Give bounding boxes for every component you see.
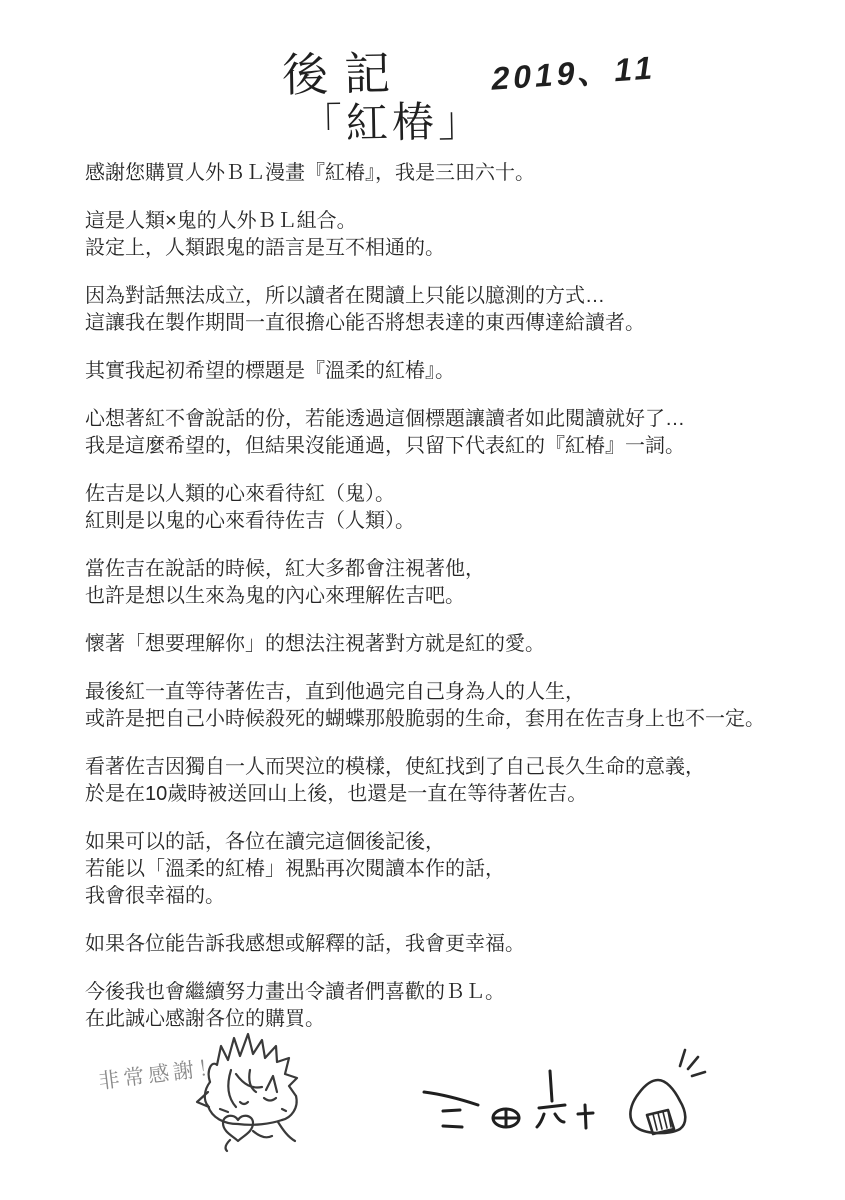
afterword-line: 設定上，人類跟鬼的語言是互不相通的。 (85, 235, 795, 262)
afterword-line: 我會很幸福的。 (85, 883, 795, 910)
afterword-line: 於是在10歲時被送回山上後，也還是一直在等待著佐吉。 (85, 781, 795, 808)
afterword-paragraph: 心想著紅不會說話的份，若能透過這個標題讓讀者如此閱讀就好了… 我是這麼希望的，但… (85, 406, 795, 460)
afterword-paragraph: 因為對話無法成立，所以讀者在閱讀上只能以臆測的方式… 這讓我在製作期間一直很擔心… (85, 283, 795, 337)
afterword-paragraph: 最後紅一直等待著佐吉，直到他過完自己身為人的人生， 或許是把自己小時候殺死的蝴蝶… (85, 679, 795, 733)
afterword-paragraph: 如果可以的話，各位在讀完這個後記後， 若能以「溫柔的紅椿」視點再次閱讀本作的話，… (85, 829, 795, 910)
afterword-paragraph: 這是人類×鬼的人外ＢＬ組合。 設定上，人類跟鬼的語言是互不相通的。 (85, 208, 795, 262)
afterword-paragraph: 看著佐吉因獨自一人而哭泣的模樣，使紅找到了自己長久生命的意義， 於是在10歲時被… (85, 754, 795, 808)
afterword-line: 如果可以的話，各位在讀完這個後記後， (85, 829, 795, 856)
afterword-line: 今後我也會繼續努力畫出令讀者們喜歡的ＢＬ。 (85, 979, 795, 1006)
afterword-paragraph: 懷著「想要理解你」的想法注視著對方就是紅的愛。 (85, 631, 795, 658)
afterword-paragraph: 今後我也會繼續努力畫出令讀者們喜歡的ＢＬ。 在此誠心感謝各位的購買。 (85, 979, 795, 1033)
work-title: 「紅椿」 (299, 88, 484, 151)
afterword-line: 紅則是以鬼的心來看待佐吉（人類）。 (85, 508, 795, 535)
handwritten-date: 2019、11 (489, 42, 660, 100)
afterword-paragraph: 當佐吉在說話的時候，紅大多都會注視著他， 也許是想以生來為鬼的內心來理解佐吉吧。 (85, 556, 795, 610)
afterword-line: 因為對話無法成立，所以讀者在閱讀上只能以臆測的方式… (85, 283, 795, 310)
afterword-line: 感謝您購買人外ＢＬ漫畫『紅椿』，我是三田六十。 (85, 160, 795, 187)
afterword-line: 這讓我在製作期間一直很擔心能否將想表達的東西傳達給讀者。 (85, 310, 795, 337)
chibi-oni-doodle (190, 1030, 305, 1155)
onigiri-doodle (620, 1042, 715, 1140)
afterword-line: 我是這麼希望的，但結果沒能通過，只留下代表紅的『紅椿』一詞。 (85, 433, 795, 460)
afterword-line: 或許是把自己小時候殺死的蝴蝶那般脆弱的生命，套用在佐吉身上也不一定。 (85, 706, 795, 733)
afterword-body: 感謝您購買人外ＢＬ漫畫『紅椿』，我是三田六十。 這是人類×鬼的人外ＢＬ組合。 設… (85, 160, 795, 1054)
afterword-line: 懷著「想要理解你」的想法注視著對方就是紅的愛。 (85, 631, 795, 658)
afterword-paragraph: 如果各位能告訴我感想或解釋的話，我會更幸福。 (85, 931, 795, 958)
afterword-line: 也許是想以生來為鬼的內心來理解佐吉吧。 (85, 583, 795, 610)
afterword-line: 看著佐吉因獨自一人而哭泣的模樣，使紅找到了自己長久生命的意義， (85, 754, 795, 781)
signature (418, 1062, 603, 1134)
afterword-line: 其實我起初希望的標題是『溫柔的紅椿』。 (85, 358, 795, 385)
afterword-line: 心想著紅不會說話的份，若能透過這個標題讓讀者如此閱讀就好了… (85, 406, 795, 433)
afterword-line: 在此誠心感謝各位的購買。 (85, 1006, 795, 1033)
afterword-paragraph: 其實我起初希望的標題是『溫柔的紅椿』。 (85, 358, 795, 385)
afterword-paragraph: 感謝您購買人外ＢＬ漫畫『紅椿』，我是三田六十。 (85, 160, 795, 187)
afterword-page: 後記 2019、11 「紅椿」 感謝您購買人外ＢＬ漫畫『紅椿』，我是三田六十。 … (0, 0, 845, 1200)
afterword-line: 最後紅一直等待著佐吉，直到他過完自己身為人的人生， (85, 679, 795, 706)
afterword-line: 這是人類×鬼的人外ＢＬ組合。 (85, 208, 795, 235)
afterword-line: 當佐吉在說話的時候，紅大多都會注視著他， (85, 556, 795, 583)
afterword-line: 如果各位能告訴我感想或解釋的話，我會更幸福。 (85, 931, 795, 958)
afterword-paragraph: 佐吉是以人類的心來看待紅（鬼）。 紅則是以鬼的心來看待佐吉（人類）。 (85, 481, 795, 535)
afterword-line: 若能以「溫柔的紅椿」視點再次閱讀本作的話， (85, 856, 795, 883)
afterword-line: 佐吉是以人類的心來看待紅（鬼）。 (85, 481, 795, 508)
